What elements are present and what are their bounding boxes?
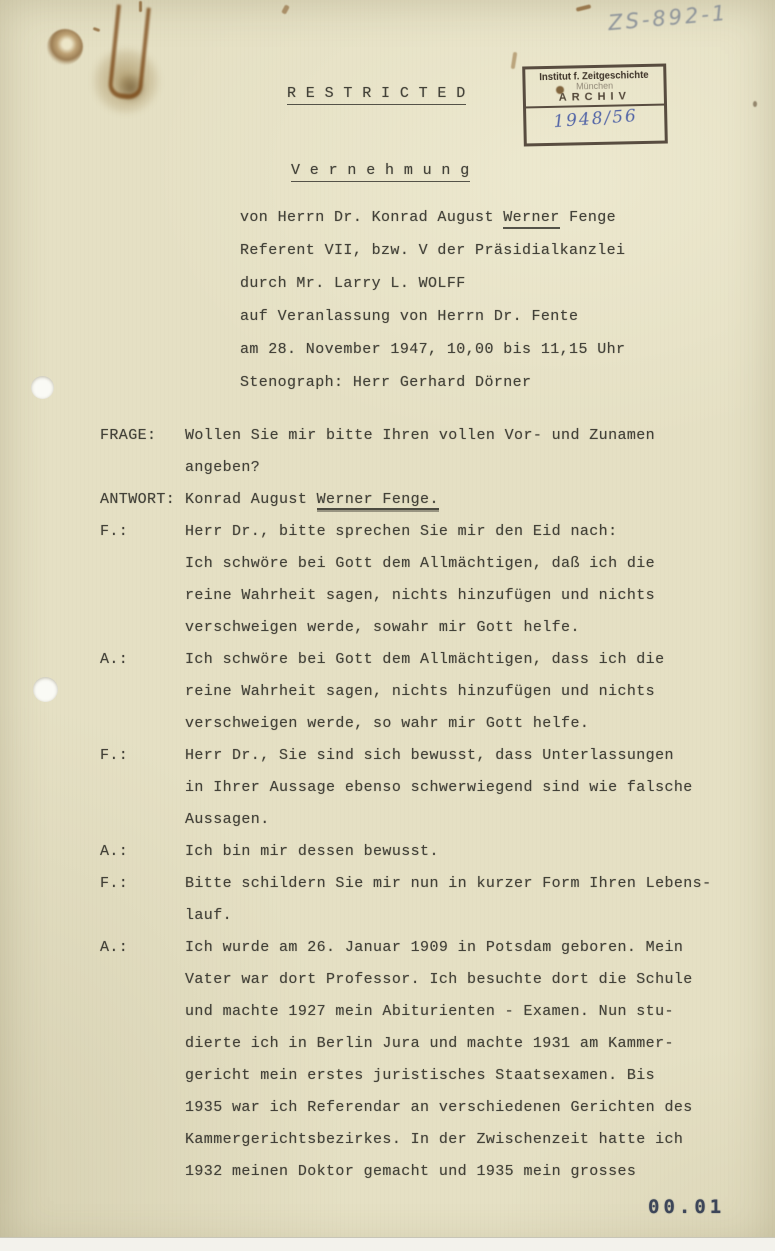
qa-line: gericht mein erstes juristisches Staatse… [185, 1060, 693, 1092]
classification-text: R E S T R I C T E D [287, 85, 466, 105]
qa-line: angeben? [185, 452, 675, 484]
header-line-instigator: auf Veranlassung von Herrn Dr. Fente [240, 300, 625, 333]
qa-row-antwort-1: ANTWORT: Konrad August Werner Fenge. [100, 484, 675, 516]
qa-row-frage-3: F.: Herr Dr., Sie sind sich bewusst, das… [100, 740, 675, 836]
header-line-interrogator: durch Mr. Larry L. WOLFF [240, 267, 625, 300]
qa-line: Ich bin mir dessen bewusst. [185, 836, 675, 868]
qa-line: Ich schwöre bei Gott dem Allmächtigen, d… [185, 548, 675, 580]
qa-text: Bitte schildern Sie mir nun in kurzer Fo… [185, 868, 711, 932]
paperclip-rust-mark [107, 4, 151, 100]
qa-label: ANTWORT: [100, 484, 185, 516]
qa-text: Konrad August Werner Fenge. [185, 484, 675, 516]
qa-line: 1935 war ich Referendar an verschiedenen… [185, 1092, 693, 1124]
qa-text: Ich bin mir dessen bewusst. [185, 836, 675, 868]
qa-row-antwort-4: A.: Ich wurde am 26. Januar 1909 in Pots… [100, 932, 675, 1188]
archive-stamp: Institut f. Zeitgeschichte München ARCHI… [522, 64, 668, 147]
qa-label: F.: [100, 740, 185, 772]
qa-line: reine Wahrheit sagen, nichts hinzufügen … [185, 580, 675, 612]
qa-line: Aussagen. [185, 804, 693, 836]
qa-line: reine Wahrheit sagen, nichts hinzufügen … [185, 676, 675, 708]
qa-text: Herr Dr., Sie sind sich bewusst, dass Un… [185, 740, 693, 836]
qa-line: und machte 1927 mein Abiturienten - Exam… [185, 996, 693, 1028]
qa-label: F.: [100, 516, 185, 548]
qa-row-frage-2: F.: Herr Dr., bitte sprechen Sie mir den… [100, 516, 675, 644]
page-number-stamp: 00.01 [648, 1196, 725, 1218]
qa-line: Ich schwöre bei Gott dem Allmächtigen, d… [185, 644, 675, 676]
header-subject-post: Fenge [560, 209, 616, 226]
stain-speck [93, 27, 101, 32]
stamp-number-handwritten: 1948/56 [552, 106, 638, 132]
header-line-stenographer: Stenograph: Herr Gerhard Dörner [240, 366, 625, 399]
qa-row-frage-1: FRAGE: Wollen Sie mir bitte Ihren vollen… [100, 420, 675, 484]
qa-line: dierte ich in Berlin Jura und machte 193… [185, 1028, 693, 1060]
qa-line: Bitte schildern Sie mir nun in kurzer Fo… [185, 868, 711, 900]
qa-label: F.: [100, 868, 185, 900]
qa-text: Herr Dr., bitte sprechen Sie mir den Eid… [185, 516, 675, 644]
document-title: V e r n e h m u n g [291, 162, 470, 179]
qa-line: verschweigen werde, so wahr mir Gott hel… [185, 708, 675, 740]
qa-row-antwort-2: A.: Ich schwöre bei Gott dem Allmächtige… [100, 644, 675, 740]
qa-answer-name-underlined: Werner Fenge. [317, 491, 439, 508]
header-line-role: Referent VII, bzw. V der Präsidialkanzle… [240, 234, 625, 267]
header-subject-pre: von Herrn Dr. Konrad August [240, 209, 503, 226]
punch-hole-bottom [33, 677, 58, 702]
qa-label: A.: [100, 836, 185, 868]
header-subject-underlined: Werner [503, 209, 559, 229]
qa-label: FRAGE: [100, 420, 185, 452]
stain-speck [576, 4, 592, 12]
document-title-text: V e r n e h m u n g [291, 162, 470, 182]
qa-row-antwort-3: A.: Ich bin mir dessen bewusst. [100, 836, 675, 868]
stain-speck [753, 101, 757, 107]
stamp-institution: Institut f. Zeitgeschichte [540, 70, 649, 83]
handwritten-archive-ref: ZS-892-1 [607, 1, 729, 35]
qa-line: Herr Dr., bitte sprechen Sie mir den Eid… [185, 516, 675, 548]
stain-speck [511, 52, 518, 69]
scanned-document-page: ZS-892-1 Institut f. Zeitgeschichte Münc… [0, 0, 775, 1251]
stamp-divider [526, 104, 664, 109]
qa-line: Wollen Sie mir bitte Ihren vollen Vor- u… [185, 420, 675, 452]
document-header-block: von Herrn Dr. Konrad August Werner Fenge… [240, 201, 625, 399]
header-line-datetime: am 28. November 1947, 10,00 bis 11,15 Uh… [240, 333, 625, 366]
stain-speck [281, 4, 290, 14]
qa-row-frage-4: F.: Bitte schildern Sie mir nun in kurze… [100, 868, 675, 932]
qa-line: Ich wurde am 26. Januar 1909 in Potsdam … [185, 932, 693, 964]
qa-line: lauf. [185, 900, 711, 932]
classification-heading: R E S T R I C T E D [287, 85, 466, 102]
ink-blot-stain [47, 29, 83, 65]
qa-label: A.: [100, 932, 185, 964]
scan-edge-strip [0, 1237, 775, 1251]
rust-stain-halo [92, 48, 160, 114]
stamp-archiv-label: ARCHIV [559, 90, 631, 104]
qa-line: in Ihrer Aussage ebenso schwerwiegend si… [185, 772, 693, 804]
qa-text: Wollen Sie mir bitte Ihren vollen Vor- u… [185, 420, 675, 484]
qa-label: A.: [100, 644, 185, 676]
qa-body: FRAGE: Wollen Sie mir bitte Ihren vollen… [100, 420, 675, 1188]
rust-stain-core [116, 72, 146, 104]
qa-line: 1932 meinen Doktor gemacht und 1935 mein… [185, 1156, 693, 1188]
qa-line: Vater war dort Professor. Ich besuchte d… [185, 964, 693, 996]
qa-answer-pre: Konrad August [185, 491, 317, 508]
qa-text: Ich wurde am 26. Januar 1909 in Potsdam … [185, 932, 693, 1188]
punch-hole-top [31, 376, 54, 399]
stain-speck [139, 1, 142, 12]
qa-text: Ich schwöre bei Gott dem Allmächtigen, d… [185, 644, 675, 740]
qa-line: Herr Dr., Sie sind sich bewusst, dass Un… [185, 740, 693, 772]
qa-line: Kammergerichtsbezirkes. In der Zwischenz… [185, 1124, 693, 1156]
qa-line: Konrad August Werner Fenge. [185, 484, 675, 516]
qa-line: verschweigen werde, sowahr mir Gott helf… [185, 612, 675, 644]
header-line-subject: von Herrn Dr. Konrad August Werner Fenge [240, 201, 625, 234]
